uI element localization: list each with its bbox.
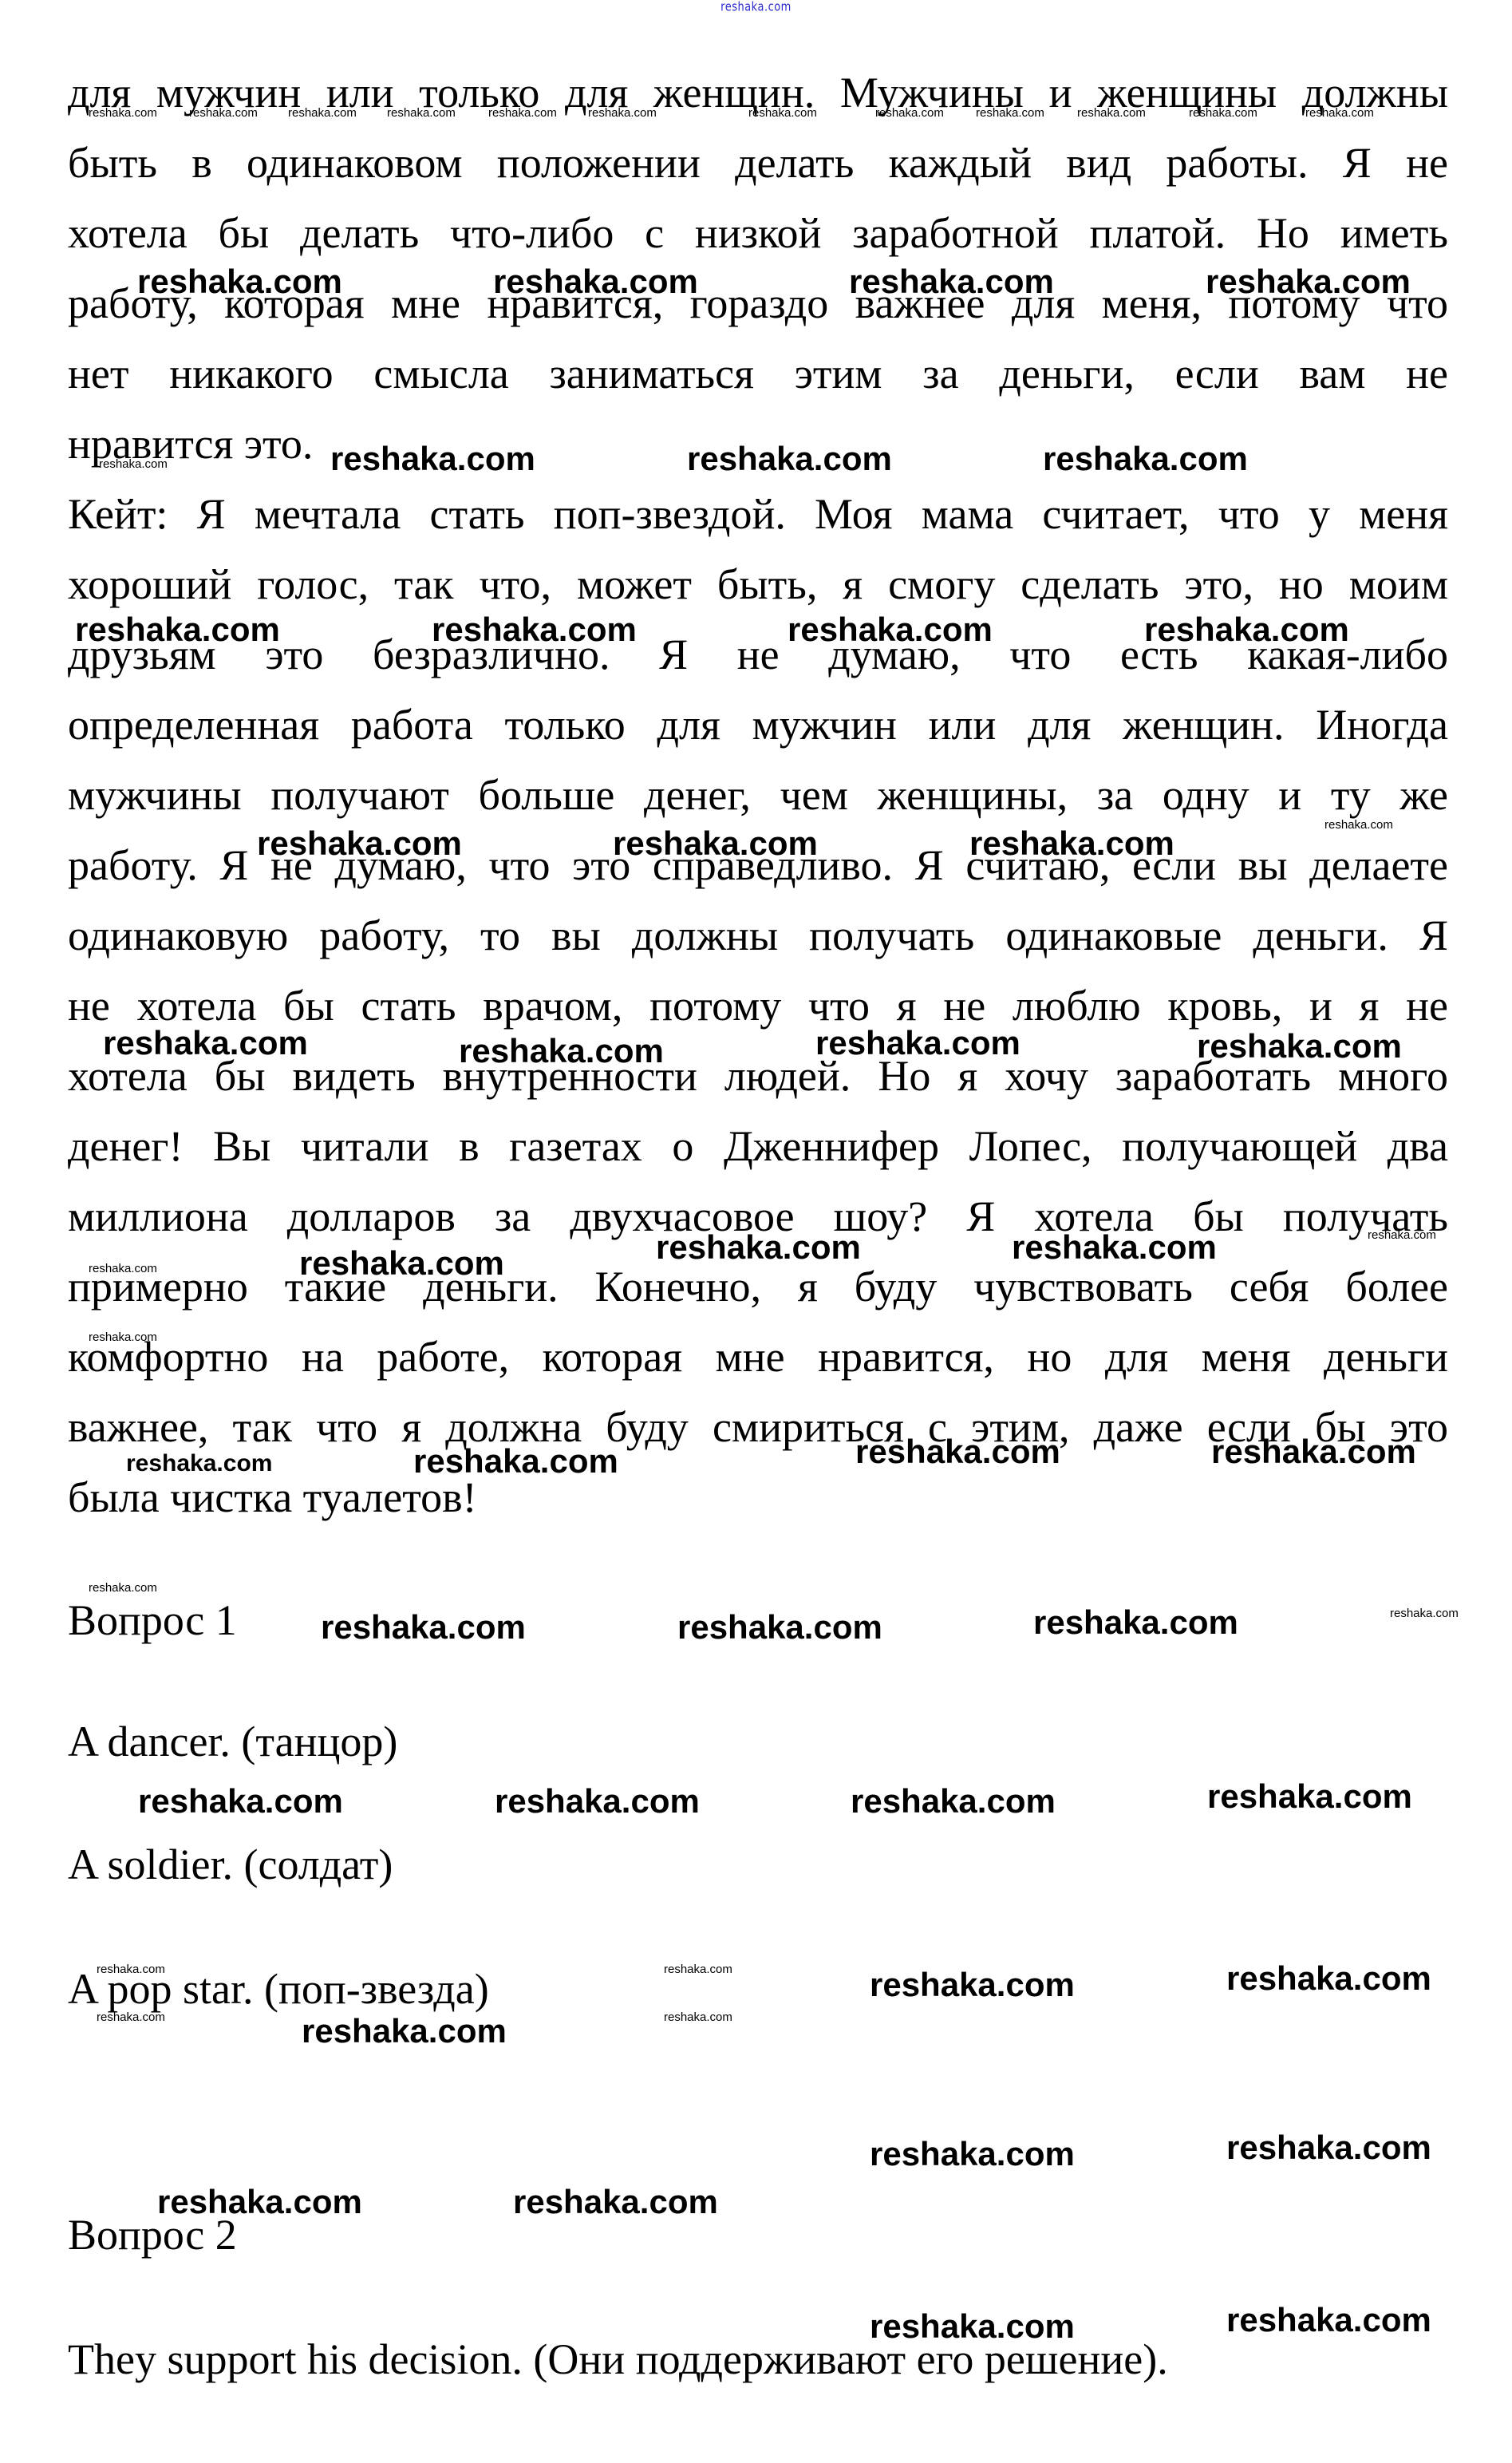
- watermark: reshaka.com: [97, 1963, 165, 1976]
- watermark: reshaka.com: [89, 1331, 157, 1344]
- watermark: reshaka.com: [459, 1033, 664, 1069]
- watermark: reshaka.com: [97, 2011, 165, 2024]
- watermark: reshaka.com: [1206, 263, 1411, 300]
- watermark: reshaka.com: [387, 107, 456, 120]
- passage-line: денег! Вы читали в газетах о Дженнифер Л…: [68, 1122, 1448, 1170]
- watermark: reshaka.com: [677, 1609, 882, 1646]
- watermark: reshaka.com: [588, 107, 657, 120]
- watermark: reshaka.com: [488, 107, 557, 120]
- watermark: reshaka.com: [413, 1443, 618, 1480]
- watermark: reshaka.com: [137, 263, 342, 300]
- passage-line: не хотела бы стать врачом, потому что я …: [68, 982, 1448, 1030]
- watermark: reshaka.com: [288, 107, 357, 120]
- watermark: reshaka.com: [75, 611, 280, 648]
- watermark: reshaka.com: [89, 1582, 157, 1595]
- watermark: reshaka.com: [1211, 1433, 1416, 1470]
- watermark: reshaka.com: [1226, 2302, 1431, 2338]
- watermark: reshaka.com: [89, 1263, 157, 1275]
- question-1-title: Вопрос 1: [68, 1596, 237, 1644]
- watermark: reshaka.com: [1043, 441, 1248, 477]
- watermark: reshaka.com: [321, 1609, 526, 1646]
- watermark: reshaka.com: [1033, 1604, 1238, 1641]
- watermark: reshaka.com: [664, 2011, 732, 2024]
- watermark: reshaka.com: [788, 611, 993, 648]
- passage-line: нет никакого смысла заниматься этим за д…: [68, 350, 1448, 397]
- watermark: reshaka.com: [99, 458, 168, 471]
- watermark: reshaka.com: [1197, 1028, 1402, 1065]
- passage-line: комфортно на работе, которая мне нравитс…: [68, 1333, 1448, 1381]
- watermark: reshaka.com: [748, 107, 817, 120]
- passage-line: примерно такие деньги. Конечно, я буду ч…: [68, 1263, 1448, 1311]
- watermark: reshaka.com: [870, 2136, 1075, 2172]
- watermark: reshaka.com: [138, 1783, 343, 1820]
- watermark: reshaka.com: [513, 2184, 718, 2220]
- passage-line: хороший голос, так что, может быть, я см…: [68, 560, 1448, 608]
- watermark: reshaka.com: [157, 2184, 362, 2220]
- watermark: reshaka.com: [656, 1229, 861, 1266]
- watermark: reshaka.com: [664, 1963, 732, 1976]
- passage-line: была чистка туалетов!: [68, 1473, 1448, 1521]
- watermark: reshaka.com: [870, 2308, 1075, 2345]
- watermark: reshaka.com: [299, 1245, 504, 1282]
- document-page: reshaka.com для мужчин или только для же…: [0, 0, 1512, 2463]
- passage-line: Кейт: Я мечтала стать поп-звездой. Моя м…: [68, 490, 1448, 538]
- watermark: reshaka.com: [1207, 1778, 1412, 1815]
- passage-line: хотела бы делать что-либо с низкой зараб…: [68, 209, 1448, 257]
- passage-line: одинаковую работу, то вы должны получать…: [68, 911, 1448, 959]
- watermark: reshaka.com: [687, 441, 892, 477]
- watermark: reshaka.com: [875, 107, 944, 120]
- watermark: reshaka.com: [495, 1783, 700, 1820]
- watermark: reshaka.com: [1189, 107, 1257, 120]
- watermark: reshaka.com: [302, 2013, 507, 2050]
- site-watermark-header: reshaka.com: [0, 1, 1512, 15]
- passage-line: мужчины получают больше денег, чем женщи…: [68, 771, 1448, 819]
- watermark: reshaka.com: [330, 441, 535, 477]
- watermark: reshaka.com: [1012, 1229, 1217, 1266]
- watermark: reshaka.com: [126, 1451, 272, 1477]
- watermark: reshaka.com: [1305, 107, 1374, 120]
- watermark: reshaka.com: [815, 1025, 1021, 1062]
- watermark: reshaka.com: [189, 107, 258, 120]
- question-1-answer: A dancer. (танцор): [68, 1718, 397, 1765]
- passage-line: определенная работа только для мужчин ил…: [68, 701, 1448, 749]
- watermark: reshaka.com: [613, 825, 818, 862]
- watermark: reshaka.com: [1368, 1229, 1436, 1242]
- watermark: reshaka.com: [1390, 1607, 1459, 1620]
- watermark: reshaka.com: [1077, 107, 1146, 120]
- watermark: reshaka.com: [855, 1433, 1060, 1470]
- watermark: reshaka.com: [1144, 611, 1349, 648]
- watermark: reshaka.com: [432, 611, 637, 648]
- watermark: reshaka.com: [1226, 1960, 1431, 1997]
- question-1-answer: A soldier. (солдат): [68, 1840, 393, 1888]
- watermark: reshaka.com: [257, 825, 462, 862]
- watermark: reshaka.com: [1324, 819, 1393, 832]
- watermark: reshaka.com: [969, 825, 1174, 862]
- watermark: reshaka.com: [849, 263, 1054, 300]
- watermark: reshaka.com: [851, 1783, 1056, 1820]
- watermark: reshaka.com: [870, 1967, 1075, 2003]
- watermark: reshaka.com: [103, 1025, 308, 1062]
- watermark: reshaka.com: [1226, 2129, 1431, 2166]
- watermark: reshaka.com: [976, 107, 1044, 120]
- watermark: reshaka.com: [493, 263, 698, 300]
- passage-line: быть в одинаковом положении делать кажды…: [68, 139, 1448, 187]
- watermark: reshaka.com: [89, 107, 157, 120]
